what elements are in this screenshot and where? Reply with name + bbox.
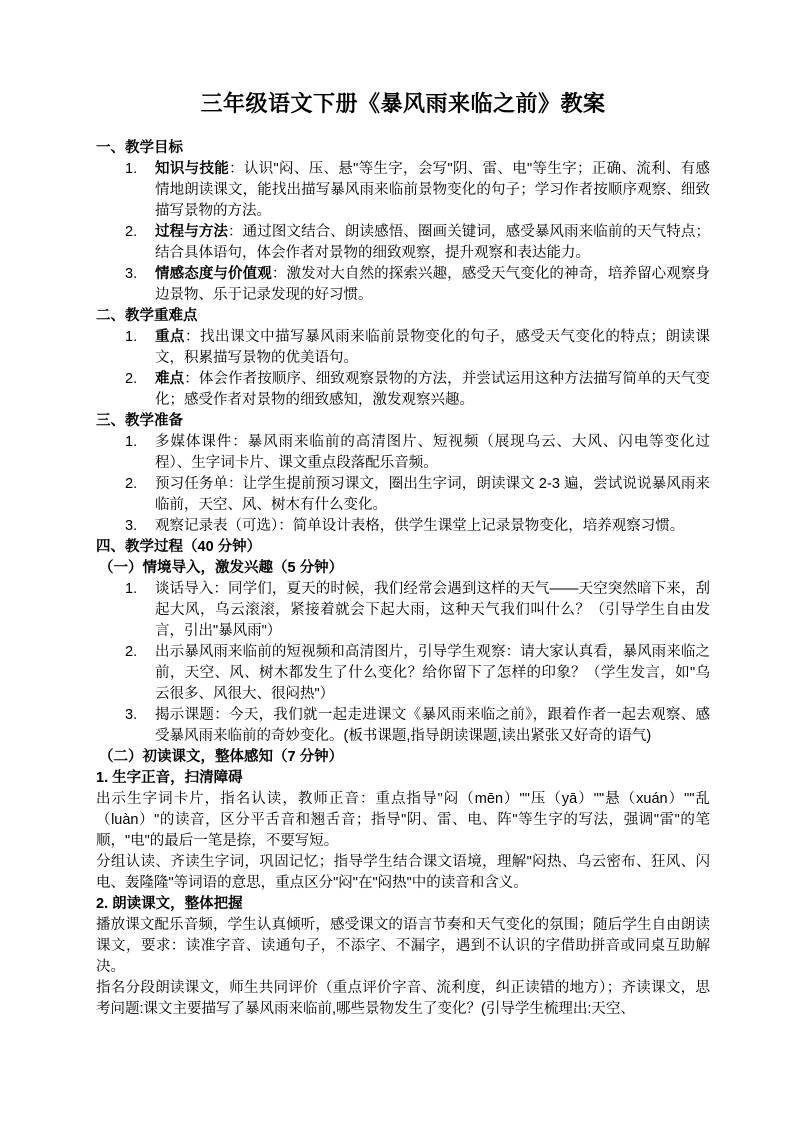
- list-item-text: 过程与方法：通过图文结合、朗读感悟、圈画关键词，感受暴风雨来临前的天气特点；结合…: [155, 222, 710, 264]
- list-item-number: 3.: [125, 516, 155, 537]
- section-heading-key-points: 二、教学重难点: [96, 306, 710, 327]
- list-item-number: 2.: [125, 222, 155, 264]
- subsection-heading-stage2: （二）初读课文，整体感知（7 分钟）: [96, 747, 710, 768]
- list-item: 1. 知识与技能：认识"闷、压、悬"等生字，会写"阴、雷、电"等生字；正确、流利…: [96, 159, 710, 222]
- stage2-step1-title: 1. 生字正音，扫清障碍: [96, 768, 710, 789]
- stage2-paragraph-2: 分组认读、齐读生字词，巩固记忆；指导学生结合课文语境，理解"闷热、乌云密布、狂风…: [96, 852, 710, 894]
- list-item-number: 1.: [125, 327, 155, 369]
- list-item-number: 1.: [125, 579, 155, 642]
- list-item-lead: 重点: [155, 329, 185, 345]
- list-item: 2. 出示暴风雨来临前的短视频和高清图片，引导学生观察：请大家认真看，暴风雨来临…: [96, 642, 710, 705]
- key-points-list: 1. 重点：找出课文中描写暴风雨来临前景物变化的句子，感受天气变化的特点；朗读课…: [96, 327, 710, 411]
- list-item-body: ：体会作者按顺序、细致观察景物的方法，并尝试运用这种方法描写简单的天气变化；感受…: [155, 371, 710, 408]
- list-item-text: 知识与技能：认识"闷、压、悬"等生字，会写"阴、雷、电"等生字；正确、流利、有感…: [155, 159, 710, 222]
- stage1-list: 1. 谈话导入：同学们，夏天的时候，我们经常会遇到这样的天气——天空突然暗下来，…: [96, 579, 710, 747]
- objectives-list: 1. 知识与技能：认识"闷、压、悬"等生字，会写"阴、雷、电"等生字；正确、流利…: [96, 159, 710, 306]
- list-item-text: 难点：体会作者按顺序、细致观察景物的方法，并尝试运用这种方法描写简单的天气变化；…: [155, 369, 710, 411]
- list-item-number: 3.: [125, 705, 155, 747]
- document-body: 一、教学目标 1. 知识与技能：认识"闷、压、悬"等生字，会写"阴、雷、电"等生…: [96, 138, 710, 1020]
- list-item-lead: 难点: [155, 371, 184, 387]
- stage2-paragraph-4: 指名分段朗读课文，师生共同评价（重点评价字音、流利度，纠正读错的地方）；齐读课文…: [96, 978, 710, 1020]
- document-page: 三年级语文下册《暴风雨来临之前》教案 一、教学目标 1. 知识与技能：认识"闷、…: [0, 0, 794, 1123]
- list-item-text: 多媒体课件：暴风雨来临前的高清图片、短视频（展现乌云、大风、闪电等变化过程）、生…: [155, 432, 710, 474]
- section-heading-preparation: 三、教学准备: [96, 411, 710, 432]
- list-item: 1. 多媒体课件：暴风雨来临前的高清图片、短视频（展现乌云、大风、闪电等变化过程…: [96, 432, 710, 474]
- list-item-number: 1.: [125, 159, 155, 222]
- list-item: 2. 预习任务单：让学生提前预习课文，圈出生字词，朗读课文 2-3 遍，尝试说说…: [96, 474, 710, 516]
- list-item-body: ：通过图文结合、朗读感悟、圈画关键词，感受暴风雨来临前的天气特点；结合具体语句，…: [155, 224, 710, 261]
- list-item-text: 重点：找出课文中描写暴风雨来临前景物变化的句子，感受天气变化的特点；朗读课文，积…: [155, 327, 710, 369]
- stage2-paragraph-3: 播放课文配乐音频，学生认真倾听，感受课文的语言节奏和天气变化的氛围；随后学生自由…: [96, 915, 710, 978]
- list-item-text: 谈话导入：同学们，夏天的时候，我们经常会遇到这样的天气——天空突然暗下来，刮起大…: [155, 579, 710, 642]
- stage2-paragraph-1: 出示生字词卡片，指名认读，教师正音：重点指导"闷（mēn）""压（yā）""悬（…: [96, 789, 710, 852]
- list-item: 3. 情感态度与价值观：激发对大自然的探索兴趣，感受天气变化的神奇，培养留心观察…: [96, 264, 710, 306]
- list-item-body: ：认识"闷、压、悬"等生字，会写"阴、雷、电"等生字；正确、流利、有感情地朗读课…: [155, 161, 710, 219]
- list-item-text: 出示暴风雨来临前的短视频和高清图片，引导学生观察：请大家认真看，暴风雨来临之前，…: [155, 642, 710, 705]
- stage2-step2-title: 2. 朗读课文，整体把握: [96, 894, 710, 915]
- list-item-lead: 过程与方法: [155, 224, 228, 240]
- list-item-number: 3.: [125, 264, 155, 306]
- document-title: 三年级语文下册《暴风雨来临之前》教案: [96, 88, 710, 120]
- list-item: 1. 谈话导入：同学们，夏天的时候，我们经常会遇到这样的天气——天空突然暗下来，…: [96, 579, 710, 642]
- list-item: 1. 重点：找出课文中描写暴风雨来临前景物变化的句子，感受天气变化的特点；朗读课…: [96, 327, 710, 369]
- list-item-number: 1.: [125, 432, 155, 474]
- list-item-text: 预习任务单：让学生提前预习课文，圈出生字词，朗读课文 2-3 遍，尝试说说暴风雨…: [155, 474, 710, 516]
- list-item-number: 2.: [125, 369, 155, 411]
- list-item-lead: 情感态度与价值观: [155, 266, 272, 282]
- list-item: 3. 揭示课题：今天，我们就一起走进课文《暴风雨来临之前》，跟着作者一起去观察、…: [96, 705, 710, 747]
- list-item: 3. 观察记录表（可选）：简单设计表格，供学生课堂上记录景物变化，培养观察习惯。: [96, 516, 710, 537]
- list-item-text: 揭示课题：今天，我们就一起走进课文《暴风雨来临之前》，跟着作者一起去观察、感受暴…: [155, 705, 710, 747]
- list-item-number: 2.: [125, 474, 155, 516]
- list-item-body: ：找出课文中描写暴风雨来临前景物变化的句子，感受天气变化的特点；朗读课文，积累描…: [155, 329, 710, 366]
- list-item-lead: 知识与技能: [155, 161, 229, 177]
- list-item-text: 情感态度与价值观：激发对大自然的探索兴趣，感受天气变化的神奇，培养留心观察身边景…: [155, 264, 710, 306]
- preparation-list: 1. 多媒体课件：暴风雨来临前的高清图片、短视频（展现乌云、大风、闪电等变化过程…: [96, 432, 710, 537]
- section-heading-objectives: 一、教学目标: [96, 138, 710, 159]
- list-item: 2. 难点：体会作者按顺序、细致观察景物的方法，并尝试运用这种方法描写简单的天气…: [96, 369, 710, 411]
- list-item-number: 2.: [125, 642, 155, 705]
- list-item: 2. 过程与方法：通过图文结合、朗读感悟、圈画关键词，感受暴风雨来临前的天气特点…: [96, 222, 710, 264]
- subsection-heading-stage1: （一）情境导入，激发兴趣（5 分钟）: [96, 558, 710, 579]
- list-item-text: 观察记录表（可选）：简单设计表格，供学生课堂上记录景物变化，培养观察习惯。: [155, 516, 710, 537]
- section-heading-process: 四、教学过程（40 分钟）: [96, 537, 710, 558]
